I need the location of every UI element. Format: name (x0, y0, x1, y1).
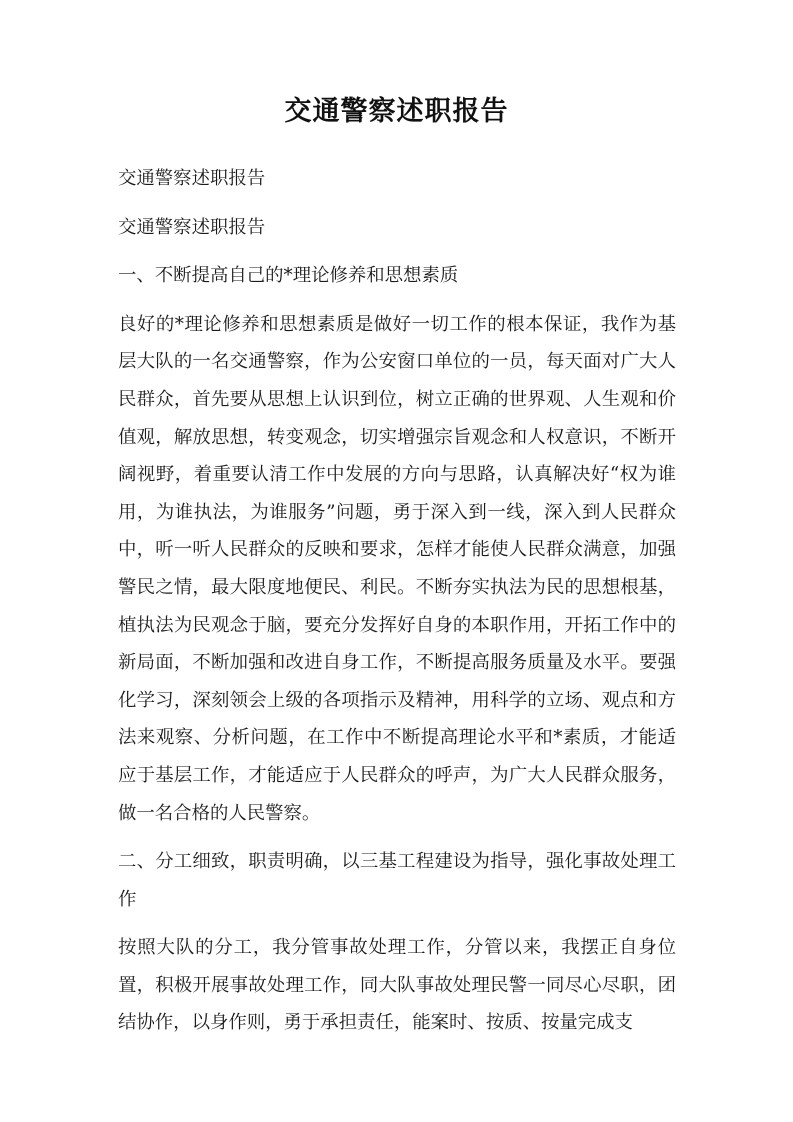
subtitle-line: 交通警察述职报告 (118, 209, 676, 247)
document-body: 交通警察述职报告 交通警察述职报告 一、不断提高自己的*理论修养和思想素质 良好… (118, 160, 676, 1053)
section-heading: 一、不断提高自己的*理论修养和思想素质 (118, 257, 676, 295)
document-page: 交通警察述职报告 交通警察述职报告 交通警察述职报告 一、不断提高自己的*理论修… (0, 0, 793, 1122)
subtitle-line: 交通警察述职报告 (118, 160, 676, 198)
paragraph: 按照大队的分工，我分管事故处理工作，分管以来，我摆正自身位置，积极开展事故处理工… (118, 929, 676, 1042)
paragraph: 良好的*理论修养和思想素质是做好一切工作的根本保证，我作为基层大队的一名交通警察… (118, 306, 676, 832)
document-title: 交通警察述职报告 (0, 92, 793, 132)
section-heading: 二、分工细致，职责明确，以三基工程建设为指导，强化事故处理工作 (118, 843, 676, 918)
